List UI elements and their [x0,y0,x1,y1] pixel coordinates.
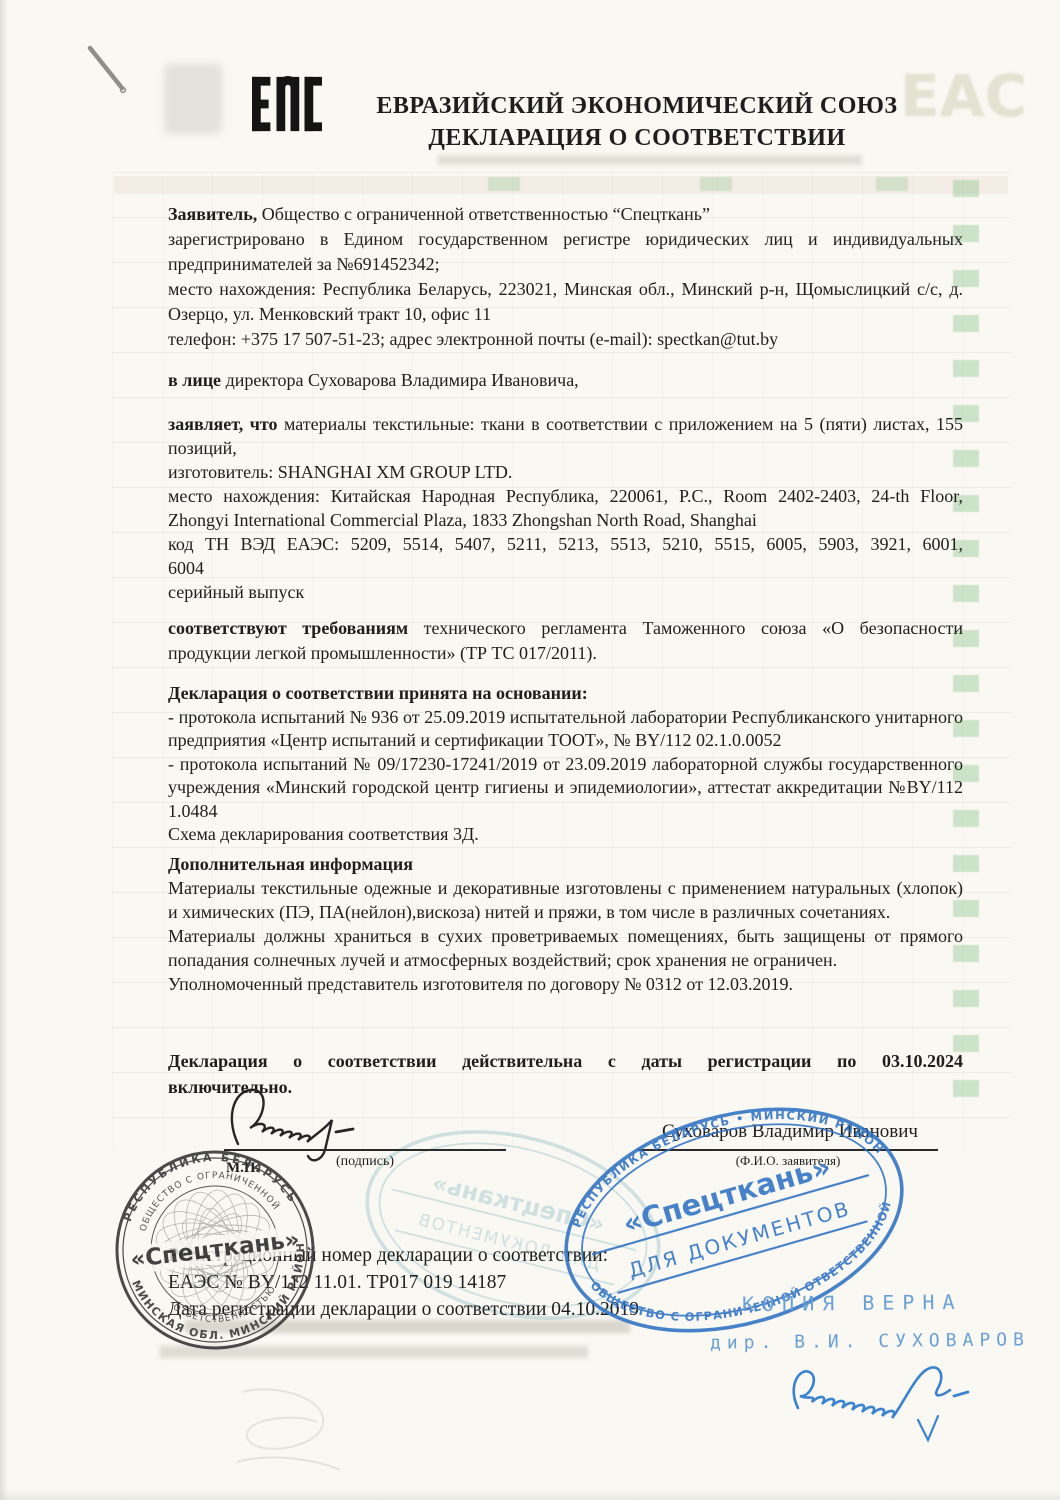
ghost-table-header-band [114,176,1008,194]
pen-mark-artifact [84,42,136,98]
tnved-code-line2: 6004 [168,556,963,580]
title-line-1: ЕВРАЗИЙСКИЙ ЭКОНОМИЧЕСКИЙ СОЮЗ [330,90,944,122]
director-name: директора Суховарова Владимира Ивановича… [221,370,579,390]
basis-title: Декларация о соответствии принята на осн… [168,682,963,706]
additional-p2: Материалы должны храниться в сухих прове… [168,924,963,972]
additional-p3: Уполномоченный представитель изготовител… [168,972,963,996]
manufacturer-line: изготовитель: SHANGHAI XM GROUP LTD. [168,460,963,484]
ghost-green-cell [876,177,908,191]
ghost-logo-smudge [164,64,222,134]
ghost-title-bleed [438,155,862,165]
document-title: ЕВРАЗИЙСКИЙ ЭКОНОМИЧЕСКИЙ СОЮЗ ДЕКЛАРАЦИ… [330,90,944,154]
ghost-green-cell [488,177,520,191]
compliance-paragraph: соответствуют требованиям технического р… [168,616,963,666]
basis-paragraph: Декларация о соответствии принята на осн… [168,682,963,847]
declares-label: заявляет, что [168,414,278,434]
pencil-squiggle-artifact [222,1382,352,1477]
declares-statement: заявляет, что материалы текстильные: тка… [168,412,963,460]
basis-protocol-2: - протокола испытаний № 09/17230-17241/2… [168,753,963,824]
applicant-line1: Заявитель, Общество с ограниченной ответ… [168,202,963,227]
compliance-label: соответствуют требованиям [168,618,408,638]
basis-scheme: Схема декларирования соответствия 3Д. [168,823,963,847]
eac-logo [252,72,322,136]
additional-p1: Материалы текстильные одежные и декорати… [168,876,963,924]
director-label: в лице [168,370,221,390]
handwritten-signature-blue [768,1348,993,1448]
copy-verified-stamp: КОПИЯ ВЕРНА [742,1290,963,1316]
applicant-registered: зарегистрировано в Едином государственно… [168,227,963,277]
serial-release: серийный выпуск [168,580,963,604]
applicant-address: место нахождения: Республика Беларусь, 2… [168,277,963,327]
declaration-subject-paragraph: заявляет, что материалы текстильные: тка… [168,412,963,604]
title-line-2: ДЕКЛАРАЦИЯ О СООТВЕТСТВИИ [330,122,944,154]
additional-info-paragraph: Дополнительная информация Материалы текс… [168,852,963,996]
ghost-green-cell [953,180,979,197]
applicant-paragraph: Заявитель, Общество с ограниченной ответ… [168,202,963,352]
additional-title: Дополнительная информация [168,852,963,876]
applicant-company: Общество с ограниченной ответственностью… [257,204,710,224]
handwritten-signature-black [208,1080,423,1168]
basis-protocol-1: - протокола испытаний № 936 от 25.09.201… [168,706,963,753]
tnved-code-line1: код ТН ВЭД ЕАЭС: 5209, 5514, 5407, 5211,… [168,532,963,556]
ghost-green-cell [700,177,732,191]
manufacturer-address: место нахождения: Китайская Народная Рес… [168,484,963,532]
declares-text: материалы текстильные: ткани в соответст… [168,414,963,458]
declaration-document-page: ЕАС ЕВРАЗИЙСКИЙ ЭКОНОМИЧЕСКИЙ СОЮЗ ДЕКЛА… [0,0,1060,1500]
director-paragraph: в лице директора Суховарова Владимира Ив… [168,368,963,393]
applicant-phone: телефон: +375 17 507-51-23; адрес электр… [168,327,963,352]
applicant-label: Заявитель, [168,204,257,224]
